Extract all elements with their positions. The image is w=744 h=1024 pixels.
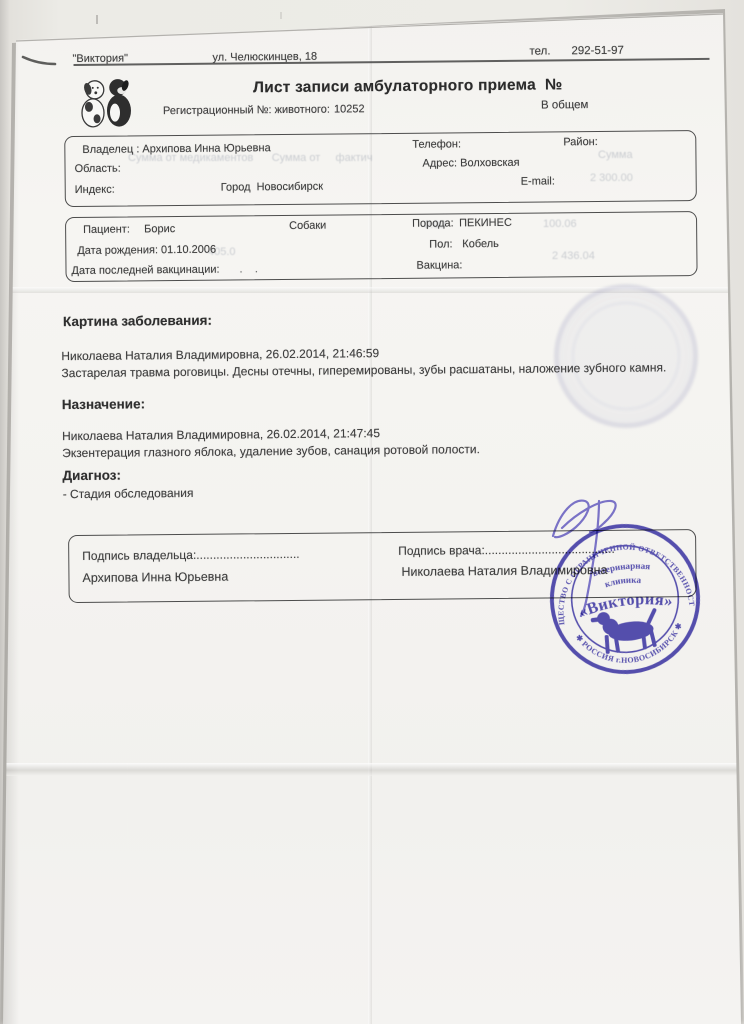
clinic-round-stamp: ОБЩЕСТВО С ОГРАНИЧЕННОЙ ОТВЕТСТВЕННОСТЬЮ… <box>537 511 713 687</box>
patient-species: Собаки <box>289 220 326 232</box>
breed-value: ПЕКИНЕС <box>459 217 512 230</box>
last-vaccination-value: . . <box>239 263 257 275</box>
paper-sheet: Сумма от медикаментов Сумма от фактич Су… <box>0 0 744 1024</box>
disease-heading: Картина заболевания: <box>63 313 212 329</box>
diagnosis-heading: Диагноз: <box>62 468 121 484</box>
disease-text: Застарелая травма роговицы. Десны отечны… <box>61 360 666 380</box>
prescription-text: Экзентерация глазного яблока, удаление з… <box>62 442 480 460</box>
owner-address: Адрес: Волховская <box>422 157 519 170</box>
stamp-clinic-name: «Виктория» <box>574 584 676 622</box>
svg-text:ветеринарная: ветеринарная <box>591 558 652 579</box>
diagnosis-text: - Стадия обследования <box>63 486 194 501</box>
disease-meta: Николаева Наталия Владимировна, 26.02.20… <box>61 346 379 363</box>
svg-text:клиника: клиника <box>603 573 643 590</box>
patient-name: Борис <box>144 223 175 235</box>
prescription-heading: Назначение: <box>62 396 145 412</box>
owner-phone-label: Телефон: <box>412 138 461 150</box>
vaccine-label: Вакцина: <box>416 259 462 271</box>
owner-district-label: Район: <box>563 136 598 148</box>
owner-name-line: Владелец : Архипова Инна Юрьевна <box>82 142 270 156</box>
document-title: Лист записи амбулаторного приема № <box>168 76 648 99</box>
stamp-inner-line2: клиника <box>603 573 643 590</box>
owner-signature-label: Подпись владельца:......................… <box>82 547 299 563</box>
registration-number: 10252 <box>334 103 365 115</box>
svg-text:«Виктория»: «Виктория» <box>574 584 676 622</box>
printed-content: "Виктория" ул. Челюскинцев, 18 тел. 292-… <box>0 0 744 1024</box>
sex-label: Пол: <box>429 238 452 250</box>
last-vaccination-label: Дата последней вакцинации: <box>71 264 219 277</box>
sex-value: Кобель <box>462 238 499 250</box>
stamp-dog-icon <box>590 606 662 656</box>
stamp-inner-line1: ветеринарная <box>591 558 652 579</box>
owner-postcode-label: Индекс: <box>75 184 115 196</box>
phone-number: 292-51-97 <box>571 45 624 58</box>
registration-label: Регистрационный №: животного: <box>163 104 330 118</box>
owner-info-box <box>64 130 697 207</box>
owner-signature-name: Архипова Инна Юрьевна <box>82 570 228 585</box>
owner-city: Город Новосибирск <box>221 181 323 194</box>
birth-date: Дата рождения: 01.10.2006 <box>77 244 216 257</box>
registration-group-note: В общем <box>541 99 589 111</box>
header-rule <box>74 58 710 66</box>
clinic-logo-dogs-icon <box>78 76 137 131</box>
prescription-meta: Николаева Наталия Владимировна, 26.02.20… <box>62 426 380 443</box>
breed-label: Порода: <box>412 217 454 229</box>
patient-label: Пациент: <box>83 223 130 235</box>
owner-email-label: E-mail: <box>521 175 555 187</box>
phone-label: тел. <box>529 45 550 57</box>
scanned-document: Сумма от медикаментов Сумма от фактич Су… <box>0 0 744 1024</box>
owner-region-label: Область: <box>74 163 120 175</box>
